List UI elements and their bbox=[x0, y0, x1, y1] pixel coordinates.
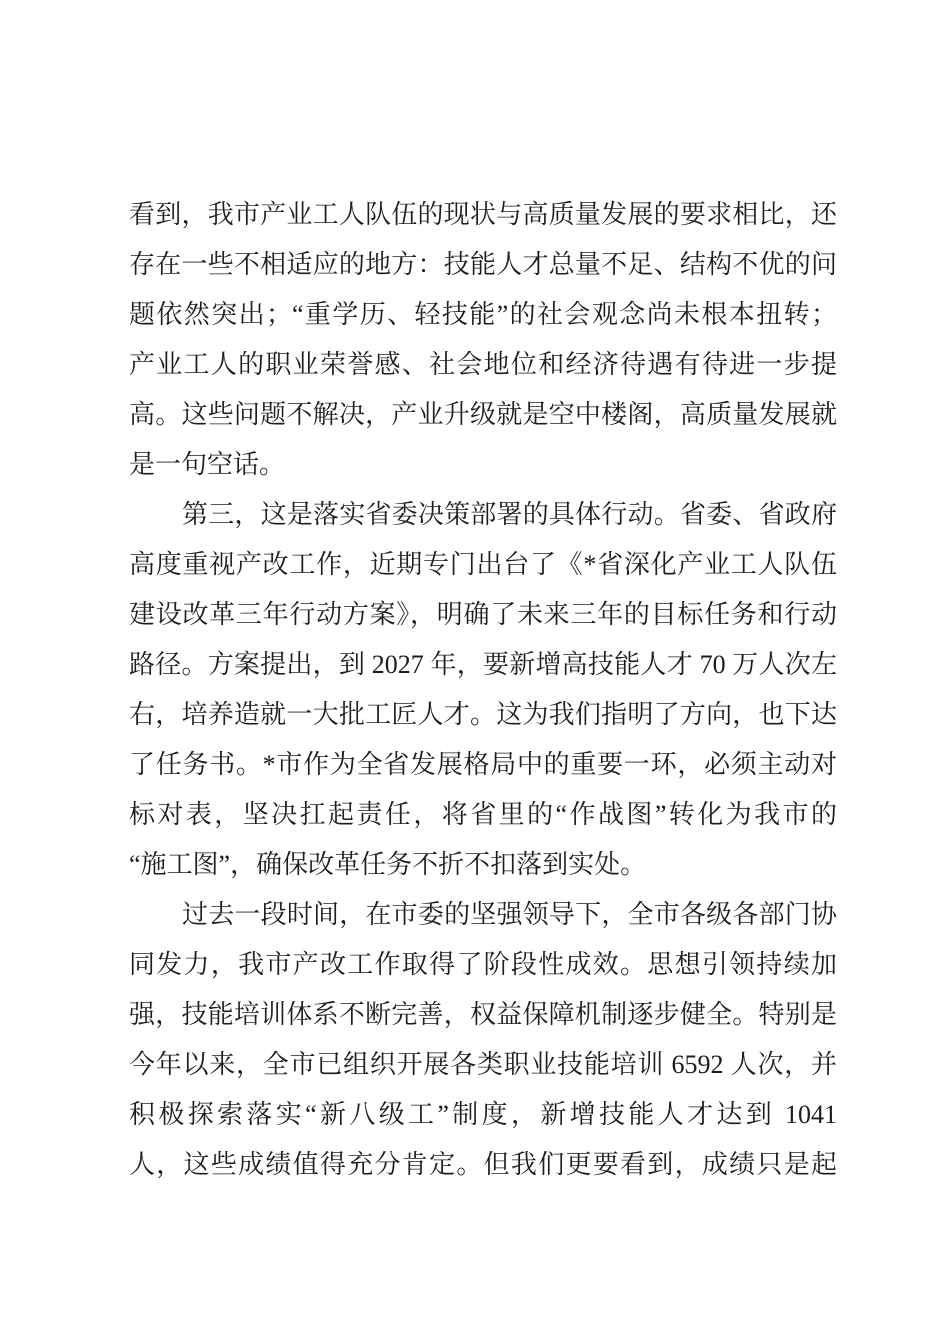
text-line: 同发力，我市产改工作取得了阶段性成效。思想引领持续加 bbox=[129, 940, 837, 990]
document-page: 看到，我市产业工人队伍的现状与高质量发展的要求相比，还 存在一些不相适应的地方：… bbox=[0, 0, 950, 1344]
document-text-block: 看到，我市产业工人队伍的现状与高质量发展的要求相比，还 存在一些不相适应的地方：… bbox=[129, 190, 837, 1190]
text-line: 建设改革三年行动方案》，明确了未来三年的目标任务和行动 bbox=[129, 590, 837, 640]
text-line: 过去一段时间，在市委的坚强领导下，全市各级各部门协 bbox=[129, 890, 837, 940]
text-line: 路径。方案提出，到 2027 年，要新增高技能人才 70 万人次左 bbox=[129, 640, 837, 690]
text-line: 今年以来，全市已组织开展各类职业技能培训 6592 人次，并 bbox=[129, 1040, 837, 1090]
text-line: “施工图”，确保改革任务不折不扣落到实处。 bbox=[129, 840, 837, 890]
text-line: 积极探索落实“新八级工”制度，新增技能人才达到 1041 bbox=[129, 1090, 837, 1140]
text-line: 了任务书。*市作为全省发展格局中的重要一环，必须主动对 bbox=[129, 740, 837, 790]
text-line: 看到，我市产业工人队伍的现状与高质量发展的要求相比，还 bbox=[129, 190, 837, 240]
text-line: 右，培养造就一大批工匠人才。这为我们指明了方向，也下达 bbox=[129, 690, 837, 740]
text-line: 高。这些问题不解决，产业升级就是空中楼阁，高质量发展就 bbox=[129, 390, 837, 440]
text-line: 人，这些成绩值得充分肯定。但我们更要看到，成绩只是起 bbox=[129, 1140, 837, 1190]
text-line: 高度重视产改工作，近期专门出台了《*省深化产业工人队伍 bbox=[129, 540, 837, 590]
text-line: 标对表，坚决扛起责任，将省里的“作战图”转化为我市的 bbox=[129, 790, 837, 840]
text-line: 是一句空话。 bbox=[129, 440, 837, 490]
text-line: 第三，这是落实省委决策部署的具体行动。省委、省政府 bbox=[129, 490, 837, 540]
text-line: 强，技能培训体系不断完善，权益保障机制逐步健全。特别是 bbox=[129, 990, 837, 1040]
text-line: 产业工人的职业荣誉感、社会地位和经济待遇有待进一步提 bbox=[129, 340, 837, 390]
text-line: 存在一些不相适应的地方：技能人才总量不足、结构不优的问 bbox=[129, 240, 837, 290]
text-line: 题依然突出；“重学历、轻技能”的社会观念尚未根本扭转； bbox=[129, 290, 837, 340]
